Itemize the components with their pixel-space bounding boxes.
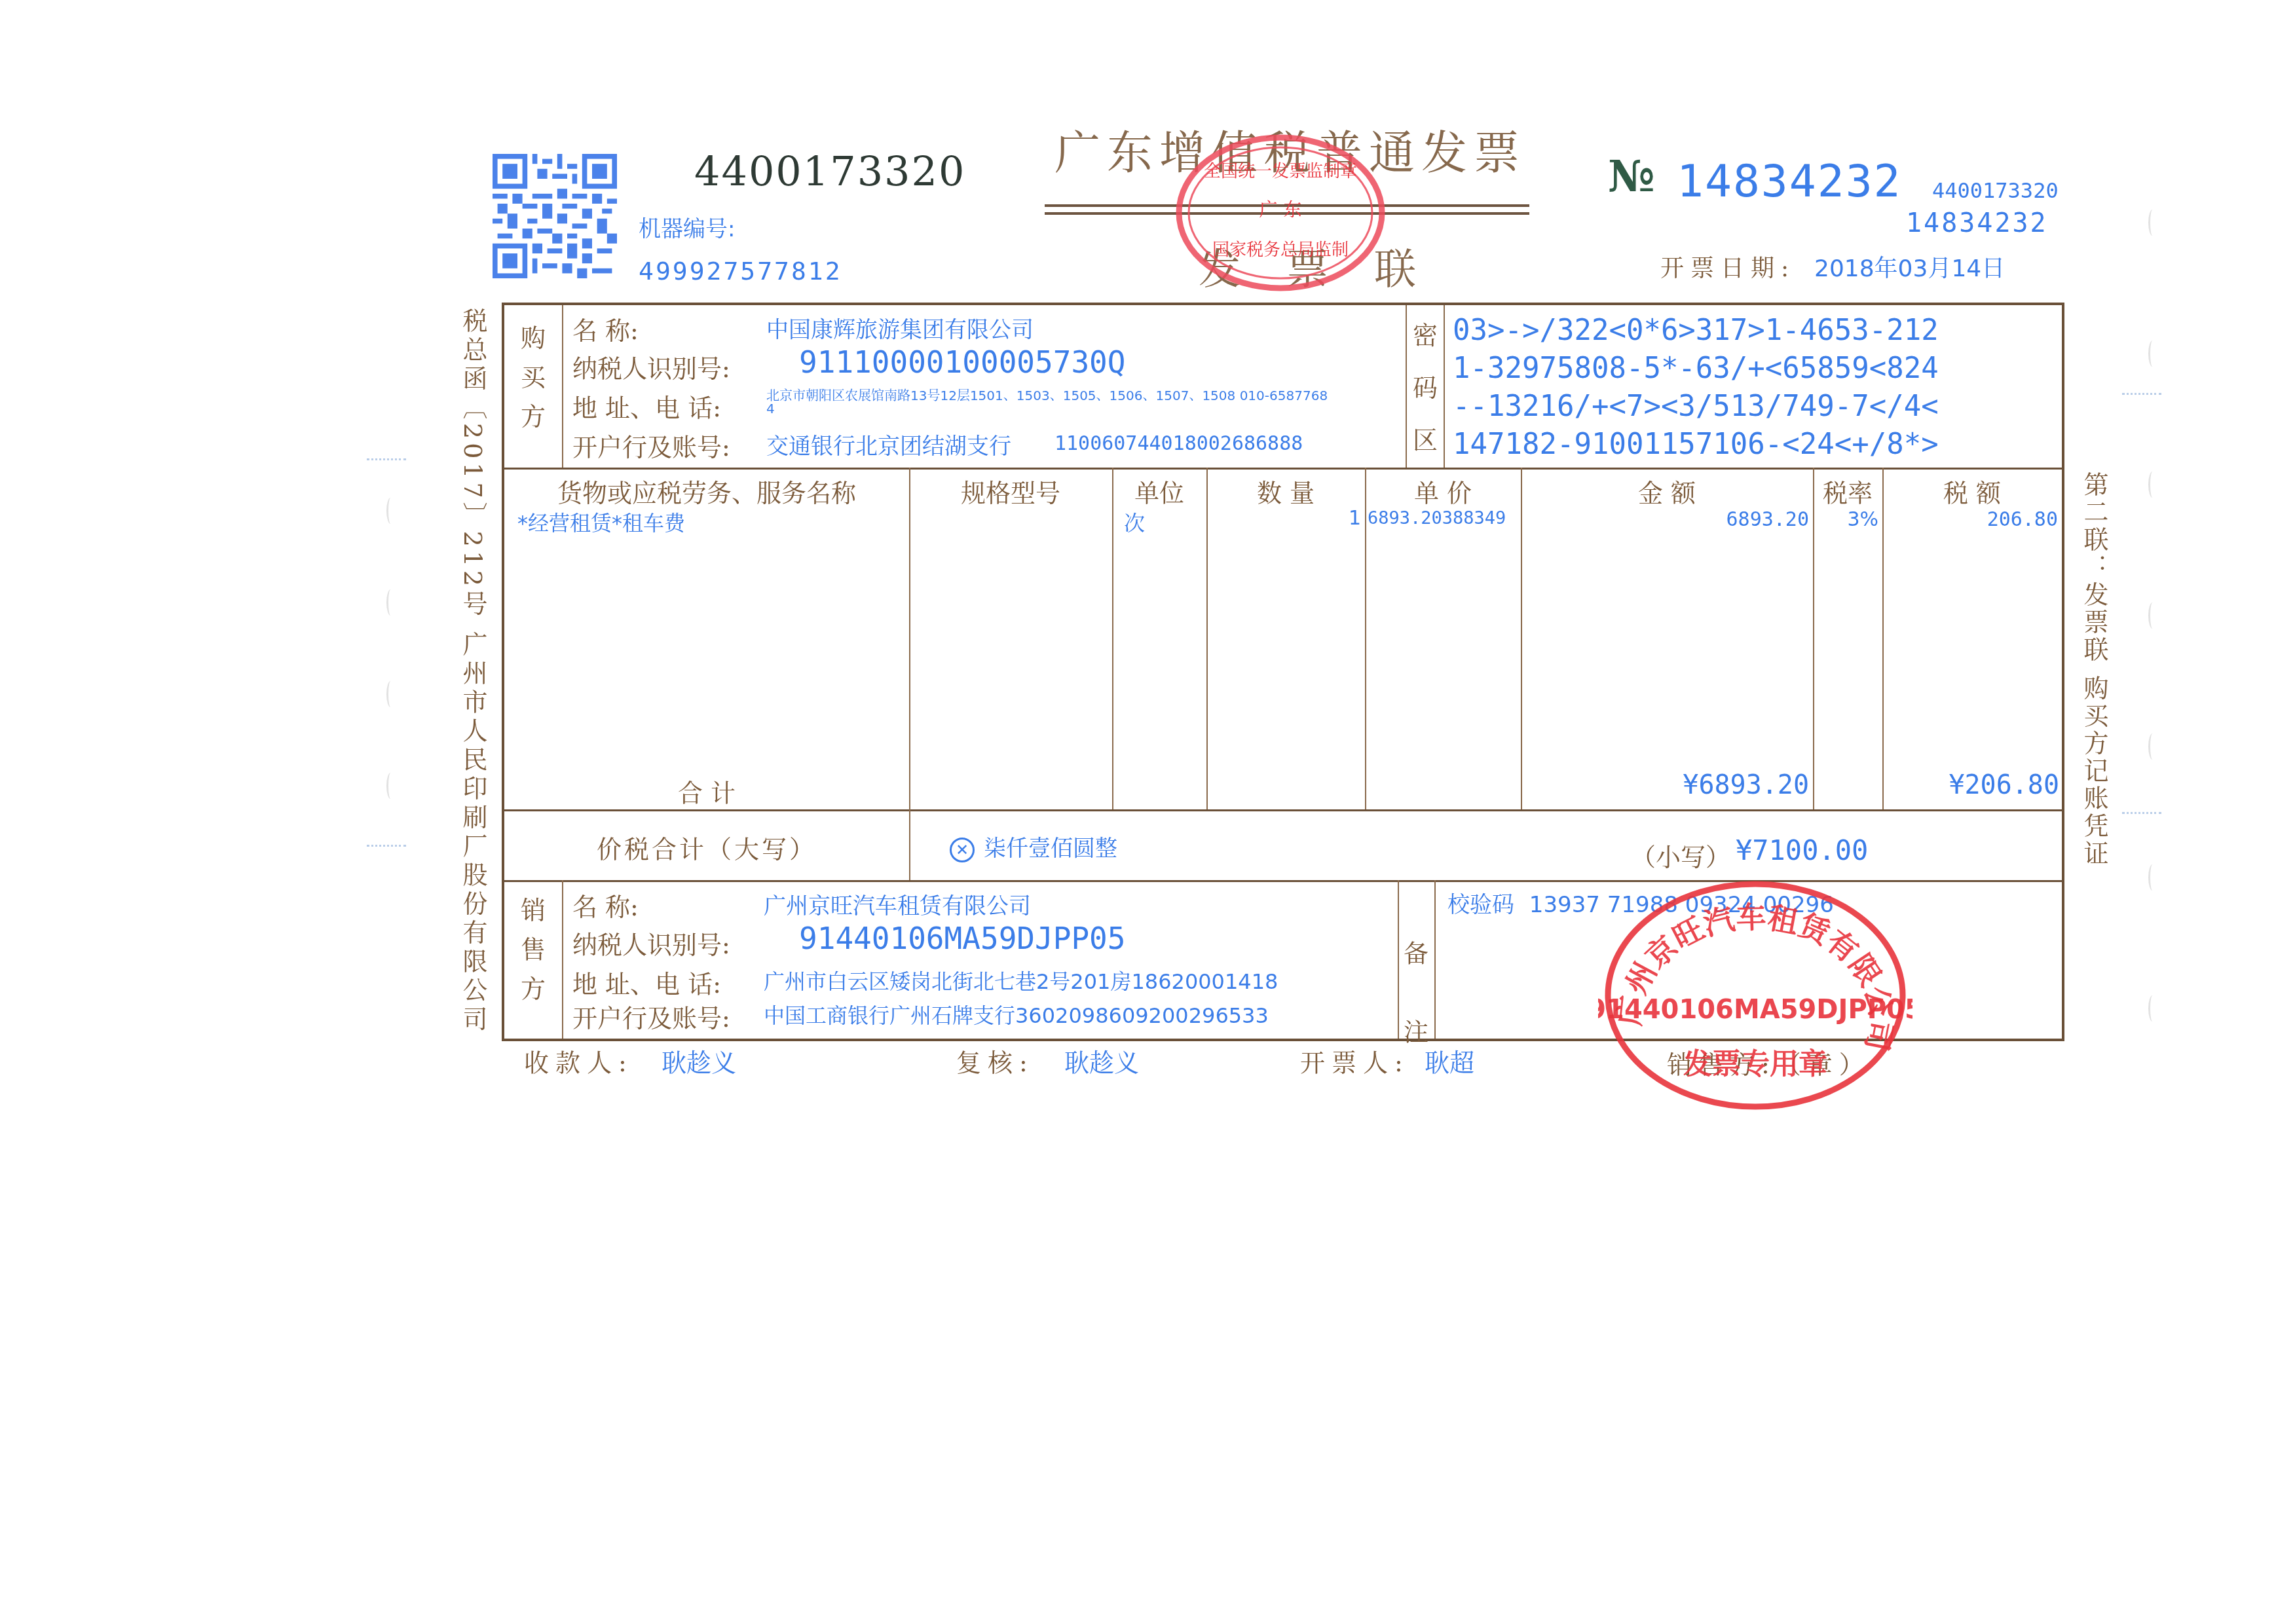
invoice-number-printed: 14834232 bbox=[1906, 208, 2048, 238]
perforation-mark bbox=[386, 773, 395, 799]
copy-label: 第二联：发票联 购买方记账凭证 bbox=[2073, 471, 2112, 867]
grand-total-small: ¥7100.00 bbox=[1736, 834, 1868, 866]
reviewer: 耿趁义 bbox=[1064, 1043, 1139, 1079]
item-tax-rate: 3% bbox=[1813, 508, 1878, 531]
label-char: 方 bbox=[513, 969, 553, 1008]
machine-number-label: 机器编号: bbox=[639, 211, 735, 243]
perforation-mark bbox=[2148, 995, 2157, 1022]
label-char: 购 bbox=[513, 318, 553, 358]
perforation-mark bbox=[386, 498, 395, 524]
item-tax: 206.80 bbox=[1882, 508, 2058, 531]
column-divider bbox=[1112, 468, 1113, 809]
total-label: 合 计 bbox=[504, 773, 909, 809]
perforation-mark bbox=[2148, 471, 2157, 498]
perforation-mark bbox=[2148, 341, 2157, 367]
svg-text:发票专用章: 发票专用章 bbox=[1683, 1048, 1827, 1081]
payee: 耿趁义 bbox=[662, 1043, 736, 1079]
issuer: 耿超 bbox=[1425, 1043, 1474, 1079]
row-divider bbox=[504, 809, 2062, 811]
col-header-spec: 规格型号 bbox=[909, 473, 1112, 509]
reviewer-label: 复核: bbox=[956, 1043, 1034, 1079]
column-divider bbox=[909, 809, 910, 880]
seller-address-label: 地 址、电 话: bbox=[572, 964, 721, 1000]
svg-text:国家税务总局监制: 国家税务总局监制 bbox=[1212, 240, 1349, 260]
total-amount: ¥6893.20 bbox=[1521, 770, 1809, 800]
dotted-mark bbox=[367, 458, 406, 462]
cipher-line: 147182-91001157106-<24<+/8*> bbox=[1453, 426, 1939, 464]
invoice-code-printed: 4400173320 bbox=[1932, 178, 2059, 203]
seller-name: 广州京旺汽车租赁有限公司 bbox=[764, 888, 1031, 920]
item-unit-price: 6893.20388349 bbox=[1368, 508, 1506, 528]
label-char: 区 bbox=[1406, 414, 1445, 466]
dotted-mark bbox=[2122, 393, 2161, 397]
number-sign: № bbox=[1608, 151, 1655, 202]
column-divider bbox=[909, 468, 910, 809]
issuer-label: 开票人: bbox=[1300, 1043, 1409, 1079]
buyer-address-label: 地 址、电 话: bbox=[572, 388, 721, 424]
issue-date: 2018年03月14日 bbox=[1814, 250, 2005, 284]
payee-label: 收款人: bbox=[524, 1043, 633, 1079]
grand-total-upper-wrap: ✕柒仟壹佰圆整 bbox=[950, 830, 1117, 862]
label-char: 销 bbox=[513, 891, 553, 930]
item-amount: 6893.20 bbox=[1521, 508, 1809, 531]
cipher-area: 03>->/322<0*6>317>1-4653-212 1-32975808-… bbox=[1453, 312, 1939, 464]
total-tax: ¥206.80 bbox=[1882, 770, 2059, 800]
label-char: 买 bbox=[513, 358, 553, 397]
buyer-bank: 交通银行北京团结湖支行 bbox=[766, 428, 1011, 460]
svg-text:91440106MA59DJPP05: 91440106MA59DJPP05 bbox=[1598, 995, 1912, 1025]
label-char: 方 bbox=[513, 397, 553, 436]
perforation-mark bbox=[386, 681, 395, 707]
perforation-mark bbox=[2148, 602, 2157, 629]
buyer-account: 110060744018002686888 bbox=[1054, 432, 1303, 455]
cipher-line: 03>->/322<0*6>317>1-4653-212 bbox=[1453, 312, 1939, 350]
qr-code bbox=[493, 154, 617, 278]
company-invoice-seal: 广州京旺汽车租赁有限公司 91440106MA59DJPP05 发票专用章 bbox=[1598, 877, 1912, 1113]
seller-bank-label: 开户行及账号: bbox=[572, 998, 730, 1034]
col-header-name: 货物或应税劳务、服务名称 bbox=[504, 473, 909, 509]
buyer-name-label: 名 称: bbox=[572, 310, 639, 346]
label-char: 密 bbox=[1406, 309, 1445, 361]
column-divider bbox=[562, 305, 563, 468]
buyer-tax-id-label: 纳税人识别号: bbox=[572, 348, 730, 384]
col-header-tax: 税 额 bbox=[1882, 473, 2062, 509]
svg-text:广 东: 广 东 bbox=[1259, 199, 1302, 221]
printer-imprint: 税总函〔2017〕212号 广州市人民印刷厂股份有限公司 bbox=[452, 308, 491, 1034]
check-code-label: 校验码 bbox=[1447, 892, 1514, 918]
item-name: *经营租赁*租车费 bbox=[517, 507, 685, 537]
seller-section-label: 销 售 方 bbox=[513, 891, 553, 1008]
item-unit: 次 bbox=[1124, 507, 1145, 537]
buyer-address: 北京市朝阳区农展馆南路13号12层1501、1503、1505、1506、150… bbox=[766, 385, 1328, 404]
tax-bureau-seal: 全国统一发票监制章 广 东 国家税务总局监制 bbox=[1172, 131, 1389, 295]
seller-tax-id: 91440106MA59DJPP05 bbox=[799, 921, 1126, 956]
perforation-mark bbox=[2148, 733, 2157, 760]
issue-date-label: 开票日期: bbox=[1660, 250, 1795, 284]
buyer-section-label: 购 买 方 bbox=[513, 318, 553, 436]
col-header-quantity: 数 量 bbox=[1206, 473, 1365, 509]
seller-bank: 中国工商银行广州石牌支行3602098609200296533 bbox=[764, 999, 1269, 1029]
row-divider bbox=[504, 468, 2062, 470]
column-divider bbox=[562, 880, 563, 1039]
label-char: 售 bbox=[513, 930, 553, 969]
item-quantity: 1 bbox=[1206, 507, 1361, 530]
dotted-mark bbox=[2122, 812, 2161, 816]
invoice-code: 4400173320 bbox=[694, 147, 965, 195]
label-char: 备 bbox=[1396, 914, 1436, 993]
svg-text:全国统一发票监制章: 全国统一发票监制章 bbox=[1204, 162, 1357, 181]
dotted-mark bbox=[367, 845, 406, 849]
perforation-mark bbox=[386, 589, 395, 616]
column-divider bbox=[1365, 468, 1366, 809]
circle-x-icon: ✕ bbox=[950, 838, 975, 862]
invoice-number: 14834232 bbox=[1677, 156, 1902, 208]
machine-number: 499927577812 bbox=[639, 257, 842, 286]
svg-text:广州京旺汽车租赁有限公司: 广州京旺汽车租赁有限公司 bbox=[1611, 899, 1899, 1054]
buyer-bank-label: 开户行及账号: bbox=[572, 427, 730, 463]
perforation-mark bbox=[2148, 210, 2157, 236]
grand-total-upper: 柒仟壹佰圆整 bbox=[984, 836, 1117, 862]
buyer-address-wrap: 4 bbox=[766, 401, 775, 416]
label-char: 码 bbox=[1406, 361, 1445, 414]
seller-address: 广州市白云区矮岗北街北七巷2号201房18620001418 bbox=[764, 965, 1278, 995]
seller-tax-id-label: 纳税人识别号: bbox=[572, 925, 730, 961]
cipher-line: 1-32975808-5*-63/+<65859<824 bbox=[1453, 350, 1939, 388]
perforation-mark bbox=[2148, 864, 2157, 891]
seller-name-label: 名 称: bbox=[572, 887, 639, 923]
grand-total-label: 价税合计（大写） bbox=[504, 829, 909, 865]
buyer-name: 中国康辉旅游集团有限公司 bbox=[766, 312, 1034, 344]
col-header-amount: 金 额 bbox=[1521, 473, 1813, 509]
col-header-unit-price: 单 价 bbox=[1365, 473, 1521, 509]
col-header-unit: 单位 bbox=[1112, 473, 1206, 509]
cipher-line: --13216/+<7><3/513/749-7</4< bbox=[1453, 388, 1939, 426]
buyer-tax-id: 91110000100005730Q bbox=[799, 344, 1126, 380]
grand-total-small-label: （小写） bbox=[1631, 837, 1730, 873]
col-header-tax-rate: 税率 bbox=[1813, 473, 1882, 509]
cipher-section-label: 密 码 区 bbox=[1406, 309, 1445, 466]
